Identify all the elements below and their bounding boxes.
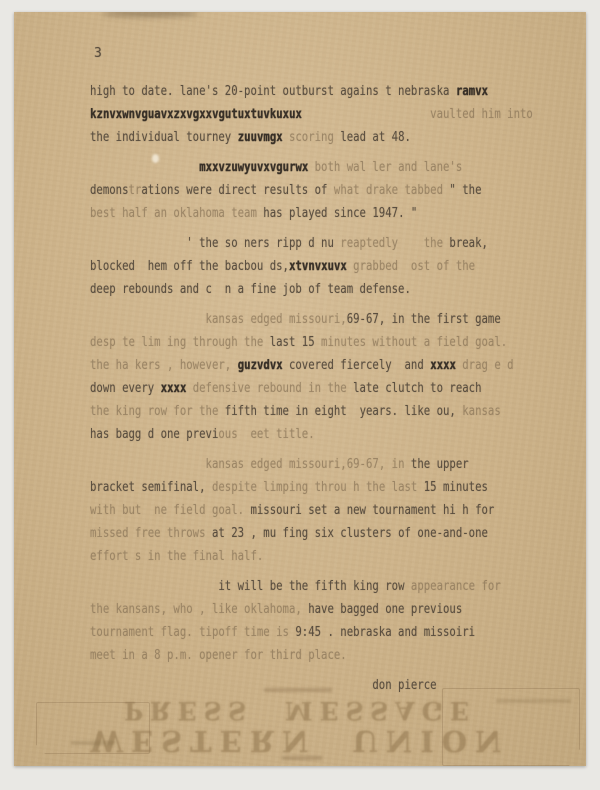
typewritten-text: high to date. lane's 20-point outburst a… bbox=[90, 84, 456, 99]
typewritten-text: grabbed ost of the bbox=[347, 259, 475, 274]
paragraph: kansas edged missouri,69-67, in the firs… bbox=[90, 308, 586, 446]
strikeover-text: zuuvmgx bbox=[238, 130, 283, 145]
strikeover-text: xtvnvxuvx bbox=[289, 259, 347, 274]
strikeover-text: xxxx bbox=[430, 358, 456, 373]
text-line: down every xxxx defensive rebound in the… bbox=[90, 377, 586, 400]
typewritten-text: despite limping throu h the last bbox=[212, 480, 424, 495]
typewritten-text: the kansans, who , like oklahoma, bbox=[90, 602, 308, 617]
text-line: has bagg d one previous eet title. bbox=[90, 423, 586, 446]
watermark-form-box-left bbox=[36, 702, 150, 754]
typewritten-text: best half an oklahoma team bbox=[90, 206, 263, 221]
typewritten-text: 15 minutes bbox=[424, 480, 488, 495]
page-number: 3 bbox=[94, 46, 102, 61]
typewritten-text: has bagg d one previ bbox=[90, 427, 218, 442]
typewritten-text: demons bbox=[90, 183, 129, 198]
typewritten-text: ' the so ners ripp d nu bbox=[186, 236, 340, 251]
ink-smudge bbox=[102, 12, 198, 17]
typewritten-text: deep rebounds and c n a fine job of team… bbox=[90, 282, 411, 297]
typewritten-text: at 23 , mu fing six clusters of one-and-… bbox=[212, 526, 488, 541]
text-line: bracket semifinal, despite limping throu… bbox=[90, 476, 586, 499]
typewritten-text: appearance for bbox=[411, 579, 501, 594]
watermark-fine-print-bottom bbox=[282, 756, 322, 760]
typewritten-text: drag e d bbox=[456, 358, 514, 373]
text-line: missed free throws at 23 , mu fing six c… bbox=[90, 522, 586, 545]
text-line: kznvxwnvguavxzxvgxxvgutuxtuvkuxux vaulte… bbox=[90, 103, 586, 126]
typewritten-text: break, bbox=[449, 236, 488, 251]
typewritten-text: down every bbox=[90, 381, 161, 396]
typewritten-text: with but ne field goal. bbox=[90, 503, 250, 518]
typewritten-text: covered fiercely and bbox=[283, 358, 431, 373]
typewritten-text: defensive rebound in the bbox=[186, 381, 353, 396]
typewritten-text: the individual tourney bbox=[90, 130, 238, 145]
typewritten-text: has played since 1947. " bbox=[263, 206, 417, 221]
typewritten-text: " the bbox=[449, 183, 481, 198]
typewritten-text bbox=[90, 160, 199, 175]
text-line: best half an oklahoma team has played si… bbox=[90, 202, 586, 225]
typewritten-text: 69-67, in the first game bbox=[347, 312, 501, 327]
typewritten-text: scoring bbox=[283, 130, 334, 145]
typewritten-text: missouri set a new tournament hi h for bbox=[250, 503, 494, 518]
typewritten-text: it will be the fifth king row bbox=[218, 579, 411, 594]
typewritten-text: fifth time in eight years. like ou, bbox=[225, 404, 462, 419]
typewritten-text: don pierce bbox=[372, 678, 436, 693]
typewritten-text: meet in a 8 p.m. opener for third place. bbox=[90, 648, 347, 663]
document-text: high to date. lane's 20-point outburst a… bbox=[90, 80, 586, 697]
typewritten-text: minutes without a field goal. bbox=[315, 335, 508, 350]
typewritten-text: last 15 bbox=[270, 335, 315, 350]
typewritten-text: tr bbox=[129, 183, 142, 198]
typewritten-text: effort s in the final half. bbox=[90, 549, 263, 564]
paragraph: kansas edged missouri,69-67, in the uppe… bbox=[90, 453, 586, 568]
text-line: ' the so ners ripp d nu reaptedly the br… bbox=[90, 232, 586, 255]
text-line: effort s in the final half. bbox=[90, 545, 586, 568]
text-line: deep rebounds and c n a fine job of team… bbox=[90, 278, 586, 301]
text-line: demonstrations were direct results of wh… bbox=[90, 179, 586, 202]
text-line: the kansans, who , like oklahoma, have b… bbox=[90, 598, 586, 621]
typewritten-text: lead at 48. bbox=[334, 130, 411, 145]
typewritten-text: what drake tabbed bbox=[334, 183, 450, 198]
typewritten-text: blocked hem off the bacbou ds, bbox=[90, 259, 289, 274]
typewritten-text: the ha kers , however, bbox=[90, 358, 238, 373]
watermark-form-box-right bbox=[442, 688, 580, 766]
text-line: meet in a 8 p.m. opener for third place. bbox=[90, 644, 586, 667]
text-line: kansas edged missouri,69-67, in the firs… bbox=[90, 308, 586, 331]
typewritten-text: have bagged one previous bbox=[308, 602, 462, 617]
strikeover-text: xxxx bbox=[161, 381, 187, 396]
typewritten-text: the upper bbox=[411, 457, 469, 472]
typewritten-text: both wal ler and lane's bbox=[308, 160, 462, 175]
typewritten-text: kansas bbox=[462, 404, 501, 419]
text-line: mxxvzuwyuvxvgurwx both wal ler and lane'… bbox=[90, 156, 586, 179]
strikeover-text: mxxvzuwyuvxvgurwx bbox=[199, 160, 308, 175]
text-line: desp te lim ing through the last 15 minu… bbox=[90, 331, 586, 354]
watermark-fine-print-top bbox=[264, 688, 332, 692]
typewritten-text bbox=[90, 457, 206, 472]
text-line: it will be the fifth king row appearance… bbox=[90, 575, 586, 598]
text-line: the king row for the fifth time in eight… bbox=[90, 400, 586, 423]
text-line: with but ne field goal. missouri set a n… bbox=[90, 499, 586, 522]
typewritten-text bbox=[90, 312, 206, 327]
paragraph: ' the so ners ripp d nu reaptedly the br… bbox=[90, 232, 586, 301]
typewritten-text: late clutch to reach bbox=[353, 381, 481, 396]
strikeover-text: guzvdvx bbox=[238, 358, 283, 373]
typewritten-text bbox=[90, 579, 218, 594]
typewritten-text: vaulted him into bbox=[430, 107, 533, 122]
typewritten-text: 9:45 . nebraska and missoiri bbox=[295, 625, 475, 640]
strikeover-text: ramvx bbox=[456, 84, 488, 99]
text-line: kansas edged missouri,69-67, in the uppe… bbox=[90, 453, 586, 476]
typewritten-text bbox=[90, 236, 186, 251]
typewritten-text: desp te lim ing through the bbox=[90, 335, 270, 350]
typewritten-text: kansas edged missouri,69-67, in bbox=[206, 457, 411, 472]
typewritten-text: ations were direct results of bbox=[141, 183, 334, 198]
paragraph: mxxvzuwyuvxvgurwx both wal ler and lane'… bbox=[90, 156, 586, 225]
typewritten-text: kansas edged missouri, bbox=[206, 312, 347, 327]
typewritten-text: bracket semifinal, bbox=[90, 480, 212, 495]
typewritten-text: reaptedly the bbox=[340, 236, 449, 251]
text-line: blocked hem off the bacbou ds,xtvnvxuvx … bbox=[90, 255, 586, 278]
telegram-paper: 3 high to date. lane's 20-point outburst… bbox=[14, 12, 586, 766]
typewritten-text: missed free throws bbox=[90, 526, 212, 541]
paragraph: it will be the fifth king row appearance… bbox=[90, 575, 586, 667]
typewritten-text: the king row for the bbox=[90, 404, 225, 419]
text-line: the ha kers , however, guzvdvx covered f… bbox=[90, 354, 586, 377]
typewritten-text: ous eet title. bbox=[218, 427, 314, 442]
typewritten-text bbox=[302, 107, 430, 122]
typewritten-text: tournament flag. tipoff time is bbox=[90, 625, 295, 640]
text-line: tournament flag. tipoff time is 9:45 . n… bbox=[90, 621, 586, 644]
paragraph: high to date. lane's 20-point outburst a… bbox=[90, 80, 586, 149]
text-line: the individual tourney zuuvmgx scoring l… bbox=[90, 126, 586, 149]
strikeover-text: kznvxwnvguavxzxvgxxvgutuxtuvkuxux bbox=[90, 107, 302, 122]
text-line: high to date. lane's 20-point outburst a… bbox=[90, 80, 586, 103]
